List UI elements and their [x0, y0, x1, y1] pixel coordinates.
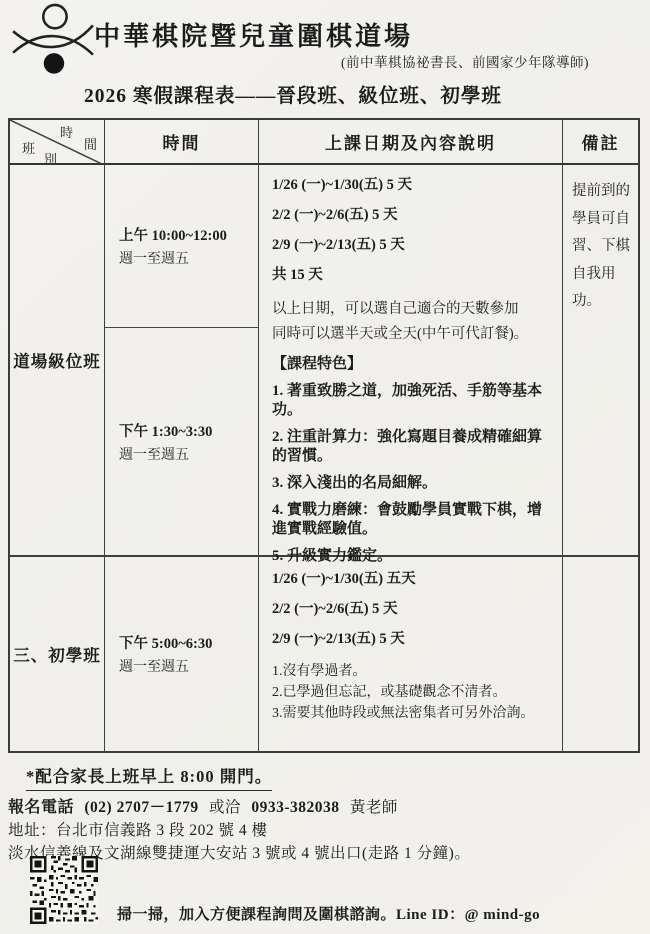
corner-label-time-2: 間	[84, 134, 97, 153]
organization-subtitle: (前中華棋協祕書長、前國家少年隊導師)	[341, 51, 589, 71]
row2-date-1: 1/26 (一)~1/30(五) 五天	[272, 571, 552, 588]
row2-content-cell: 1/26 (一)~1/30(五) 五天 2/2 (一)~2/6(五) 5 天 2…	[258, 557, 562, 751]
column-header-remark: 備註	[562, 120, 638, 165]
organization-name: 中華棋院暨兒童圍棋道場	[94, 16, 413, 53]
row2-date-3: 2/9 (一)~2/13(五) 5 天	[272, 631, 552, 648]
row1-date-3: 2/9 (一)~2/13(五) 5 天	[272, 237, 552, 254]
row1-features-title: 【課程特色】	[272, 354, 552, 374]
row1-date-2: 2/2 (一)~2/6(五) 5 天	[272, 207, 552, 224]
row2-time-cell: 下午 5:00~6:30 週一至週五	[104, 557, 258, 751]
corner-label-time-1: 時	[60, 122, 73, 141]
phone-line: 報名電話 (02) 2707－1779 或洽 0933-382038 黃老師	[8, 794, 404, 817]
schedule-table: 時 間 班 別 時間 上課日期及內容說明 備註 道場級位班 上午 10:00~1…	[8, 118, 640, 753]
corner-label-class-1: 班	[22, 138, 35, 157]
row1-feature-3: 3. 深入淺出的名局細解。	[272, 474, 552, 493]
early-open-note: *配合家長上班早上 8:00 開門。	[26, 763, 272, 791]
row1-feature-2: 2. 注重計算力：強化寫題目養成精確細算的習慣。	[272, 428, 552, 466]
row1-class-label: 道場級位班	[13, 348, 101, 372]
phone-or-text: 或洽	[209, 799, 241, 816]
row1-feature-4: 4. 實戰力磨練：會鼓勵學員實戰下棋，增進實戰經驗值。	[272, 501, 552, 539]
row1-afternoon-days: 週一至週五	[119, 444, 189, 464]
phone-contact-name: 黃老師	[350, 799, 398, 816]
row1-time-afternoon-cell: 下午 1:30~3:30 週一至週五	[104, 328, 258, 557]
column-header-content: 上課日期及內容說明	[258, 120, 562, 165]
row2-class-label: 三、初學班	[13, 642, 101, 666]
row2-time: 下午 5:00~6:30	[119, 632, 212, 653]
scanned-flyer: 中華棋院暨兒童圍棋道場 (前中華棋協祕書長、前國家少年隊導師) 2026 寒假課…	[0, 0, 650, 934]
go-stones-logo	[12, 2, 94, 78]
row1-date-total: 共 15 天	[272, 267, 552, 284]
column-header-time: 時間	[104, 120, 258, 165]
row2-class-cell: 三、初學班	[10, 557, 104, 751]
qr-caption: 掃一掃，加入方便課程詢問及圍棋諮詢。Line ID：@ mind-go	[117, 903, 540, 924]
phone-number-2: 0933-382038	[251, 799, 339, 816]
row2-note-2: 2.已學過但忘記，或基礎觀念不清者。	[272, 682, 552, 703]
row1-date-1: 1/26 (一)~1/30(五) 5 天	[272, 177, 552, 194]
corner-header-cell: 時 間 班 別	[10, 120, 104, 165]
row2-note-3: 3.需要其他時段或無法密集者可另外洽詢。	[272, 703, 552, 724]
row1-note-2: 同時可以選半天或全天(中午可代訂餐)。	[272, 322, 552, 347]
row1-remark-cell: 提前到的學員可自習、下棋自我用功。	[562, 165, 638, 557]
qr-code	[30, 856, 98, 924]
row1-afternoon-time: 下午 1:30~3:30	[119, 420, 212, 441]
phone-number-1: (02) 2707－1779	[84, 799, 198, 816]
document-title: 2026 寒假課程表——晉段班、級位班、初學班	[84, 80, 502, 108]
row2-date-2: 2/2 (一)~2/6(五) 5 天	[272, 601, 552, 618]
row2-note-1: 1.沒有學過者。	[272, 661, 552, 682]
row2-remark-cell	[562, 557, 638, 751]
address-line: 地址：台北市信義路 3 段 202 號 4 樓	[8, 818, 268, 840]
row2-days: 週一至週五	[119, 656, 189, 676]
row1-morning-days: 週一至週五	[119, 248, 189, 268]
row1-class-cell: 道場級位班	[10, 165, 104, 557]
row1-content-cell: 1/26 (一)~1/30(五) 5 天 2/2 (一)~2/6(五) 5 天 …	[258, 165, 562, 557]
row1-time-morning-cell: 上午 10:00~12:00 週一至週五	[104, 165, 258, 328]
phone-label: 報名電話	[8, 799, 74, 816]
row1-morning-time: 上午 10:00~12:00	[119, 224, 227, 245]
corner-label-class-2: 別	[44, 149, 57, 165]
row1-feature-1: 1. 著重致勝之道，加強死活、手筋等基本功。	[272, 382, 552, 420]
row1-note-1: 以上日期，可以選自己適合的天數參加	[272, 297, 552, 322]
